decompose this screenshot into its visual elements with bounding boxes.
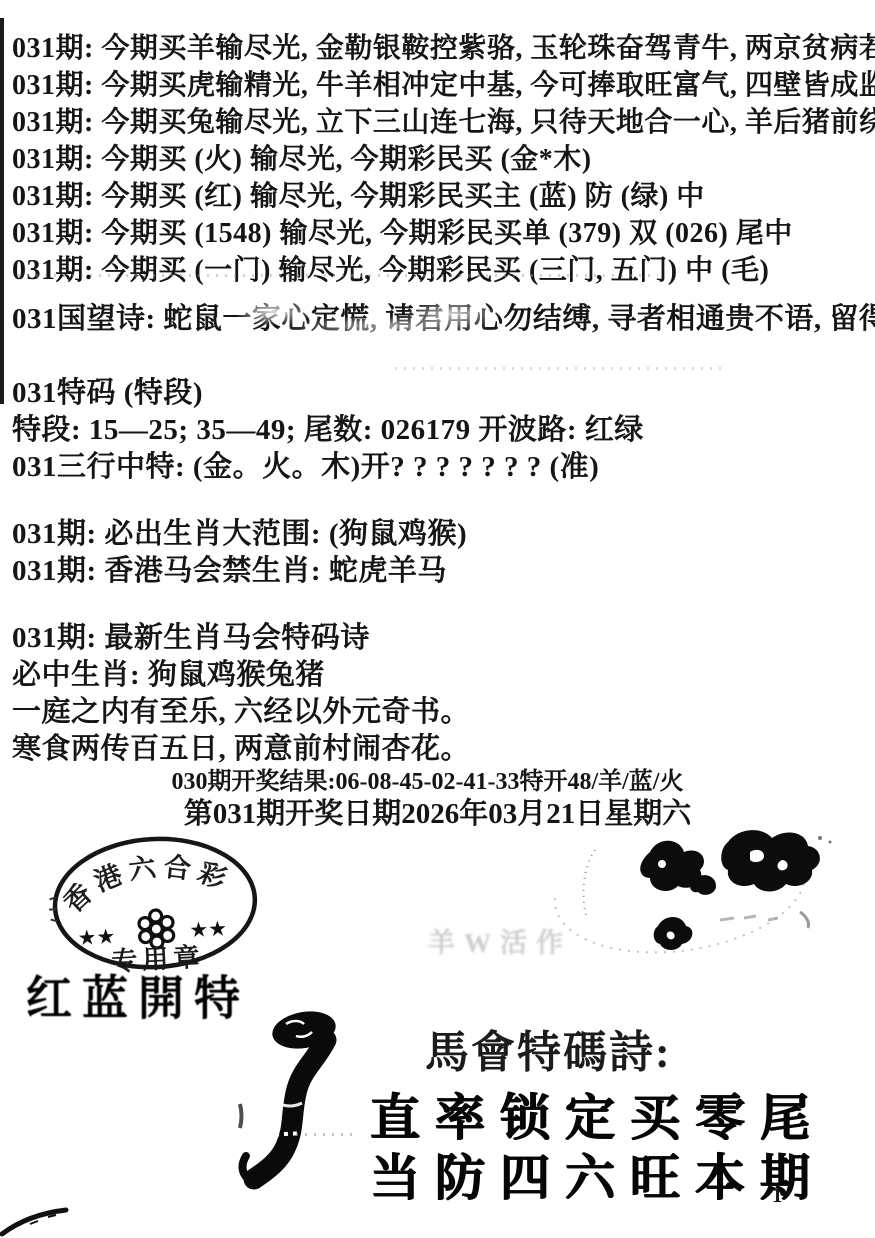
scan-artifact-dots: [296, 1133, 354, 1136]
scan-artifact-dots: [18, 274, 658, 277]
tip-line: 031期: 今期买羊输尽光, 金勒银鞍控紫骆, 玉轮珠奋驾青牛, 两京贫病若为居…: [12, 26, 875, 66]
tip-line: 031期: 今期买 (一门) 输尽光, 今期彩民买 (三门, 五门) 中 (毛): [12, 248, 769, 288]
red-blue-special-overprint: 红蓝開特: [26, 961, 250, 1029]
must-hit-zodiac-line: 必中生肖: 狗鼠鸡猴兔猪: [12, 652, 325, 693]
tip-line: 031期: 今期买兔输尽光, 立下三山连七海, 只待天地合一心, 羊后猪前绕一圈…: [12, 100, 875, 140]
poem-verse-1: 一庭之内有至乐, 六经以外元奇书。: [12, 689, 470, 730]
guowang-poem-line: 031国望诗: 蛇鼠一家心定慌, 请君用心勿结缚, 寻者相通贵不语, 留得活口是…: [12, 296, 875, 337]
stamp-stars-left: ★★: [77, 924, 116, 950]
plum-blossom-emblem: [138, 909, 174, 949]
three-rows-special-line: 031三行中特: (金。火。木)开? ? ? ? ? ? ? (准): [12, 444, 599, 485]
page-number: 1: [772, 1183, 783, 1208]
stamp-arc-text: 香港六合彩: [56, 847, 238, 920]
tip-line: 031期: 今期买虎输精光, 牛羊相冲定中基, 今可捧取旺富气, 四壁皆成监照余…: [12, 63, 875, 103]
stamp-stars-right: ★★: [189, 916, 228, 942]
forbidden-zodiac-line: 031期: 香港马会禁生肖: 蛇虎羊马: [12, 548, 447, 589]
tip-line: 031期: 今期买 (1548) 输尽光, 今期彩民买单 (379) 双 (02…: [12, 211, 793, 251]
faint-overprint-text: 羊W活作: [428, 921, 572, 960]
tip-line: 031期: 今期买 (火) 输尽光, 今期彩民买 (金*木): [12, 137, 592, 177]
must-zodiac-range-line: 031期: 必出生肖大范围: (狗鼠鸡猴): [12, 511, 467, 552]
scan-edge-bar: [0, 18, 4, 404]
special-section-title: 031特码 (特段): [12, 370, 203, 411]
tip-line: 031期: 今期买 (红) 输尽光, 今期彩民买主 (蓝) 防 (绿) 中: [12, 174, 705, 214]
pen-stroke: [0, 1200, 90, 1238]
snake-ink-drawing: [238, 1008, 350, 1193]
scan-artifact-dots: [395, 367, 725, 370]
jockey-club-poem-line-2: 当防四六旺本期: [370, 1138, 825, 1210]
jockey-club-poem-title: 馬會特碼詩:: [425, 1016, 672, 1080]
zodiac-poem-title: 031期: 最新生肖马会特码诗: [12, 615, 370, 656]
special-segment-line: 特段: 15—25; 35—49; 尾数: 026179 开波路: 红绿: [12, 407, 644, 448]
